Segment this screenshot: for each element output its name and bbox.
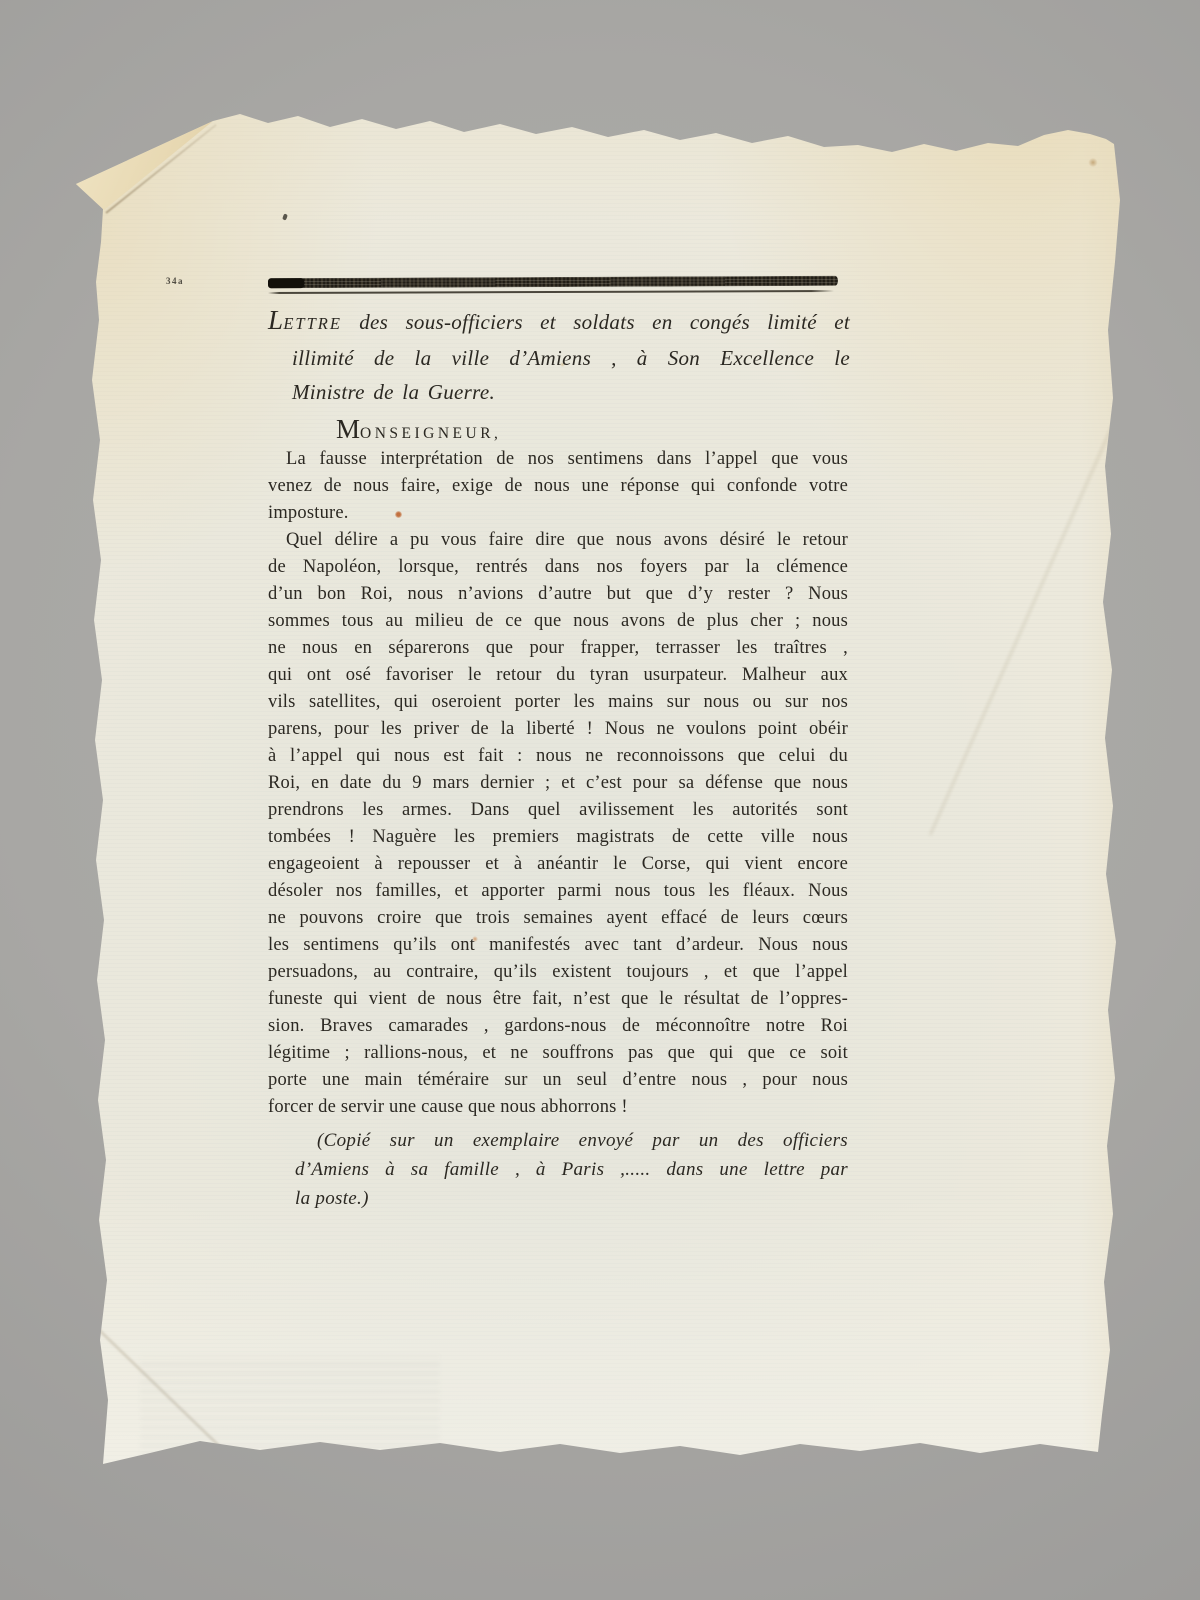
note-line: d’Amiens à sa famille , à Paris ,..... d… — [295, 1155, 848, 1184]
body-line: légitime ; rallions-nous, et ne souffron… — [268, 1040, 848, 1067]
collection-mark: 34a — [166, 276, 184, 286]
body-line: engageoient à repousser et à anéantir le… — [268, 851, 848, 878]
thick-rule — [268, 276, 838, 288]
body-line: qui ont osé favoriser le retour du tyran… — [268, 662, 848, 689]
title-line: illimité de la ville d’Amiens , à Son Ex… — [268, 341, 850, 375]
body-line: à l’appel qui nous est fait : nous ne re… — [268, 743, 848, 770]
body-line: Roi, en date du 9 mars dernier ; et c’es… — [268, 770, 848, 797]
body-line: désoler nos familles, et apporter parmi … — [268, 878, 848, 905]
body-line: forcer de servir une cause que nous abho… — [268, 1094, 848, 1121]
closing-note: (Copié sur un exemplaire envoyé par un d… — [295, 1126, 848, 1213]
title-smallcaps: ETTRE — [283, 314, 342, 333]
letter-title: LETTRE des sous-officiers et soldats en … — [268, 303, 850, 409]
body-line: persuadons, au contraire, qu’ils existen… — [268, 959, 848, 986]
letter-body: La fausse interprétation de nos sentimen… — [268, 446, 848, 1121]
body-line: Quel délire a pu vous faire dire que nou… — [268, 527, 848, 554]
body-line: prendrons les armes. Dans quel avilissem… — [268, 797, 848, 824]
title-line: Ministre de la Guerre. — [268, 375, 850, 409]
ornamental-headpiece — [268, 277, 838, 293]
body-line: de Napoléon, lorsque, rentrés dans nos f… — [268, 554, 848, 581]
body-line: les sentimens qu’ils ont manifestés avec… — [268, 932, 848, 959]
body-line: ne pouvons croire que trois semaines aye… — [268, 905, 848, 932]
salutation: MONSEIGNEUR, — [336, 414, 501, 445]
photographed-document: 34a LETTRE des sous-officiers et soldats… — [0, 0, 1200, 1600]
thin-rule — [268, 290, 834, 294]
body-line: vils satellites, qui oseroient porter le… — [268, 689, 848, 716]
body-line: porte une main téméraire sur un seul d’e… — [268, 1067, 848, 1094]
body-line: La fausse interprétation de nos sentimen… — [268, 446, 848, 473]
body-line: funeste qui vient de nous être fait, n’e… — [268, 986, 848, 1013]
body-line: parens, pour les priver de la liberté ! … — [268, 716, 848, 743]
salutation-smallcaps: ONSEIGNEUR, — [360, 425, 501, 442]
body-line: venez de nous faire, exige de nous une r… — [268, 473, 848, 500]
title-text: des sous-officiers et soldats en congés … — [342, 310, 850, 334]
note-line: (Copié sur un exemplaire envoyé par un d… — [295, 1126, 848, 1155]
title-line: LETTRE des sous-officiers et soldats en … — [268, 303, 850, 341]
body-line: imposture. — [268, 500, 848, 527]
body-line: d’un bon Roi, nous n’avions d’autre but … — [268, 581, 848, 608]
body-line: sion. Braves camarades , gardons-nous de… — [268, 1013, 848, 1040]
body-line: tombées ! Naguère les premiers magistrat… — [268, 824, 848, 851]
note-line: la poste.) — [295, 1184, 848, 1213]
body-line: ne nous en séparerons que pour frapper, … — [268, 635, 848, 662]
printed-text: 34a LETTRE des sous-officiers et soldats… — [0, 0, 1200, 1600]
salutation-initial: M — [336, 414, 360, 444]
title-initial: L — [268, 305, 283, 335]
body-line: sommes tous au milieu de ce que nous avo… — [268, 608, 848, 635]
